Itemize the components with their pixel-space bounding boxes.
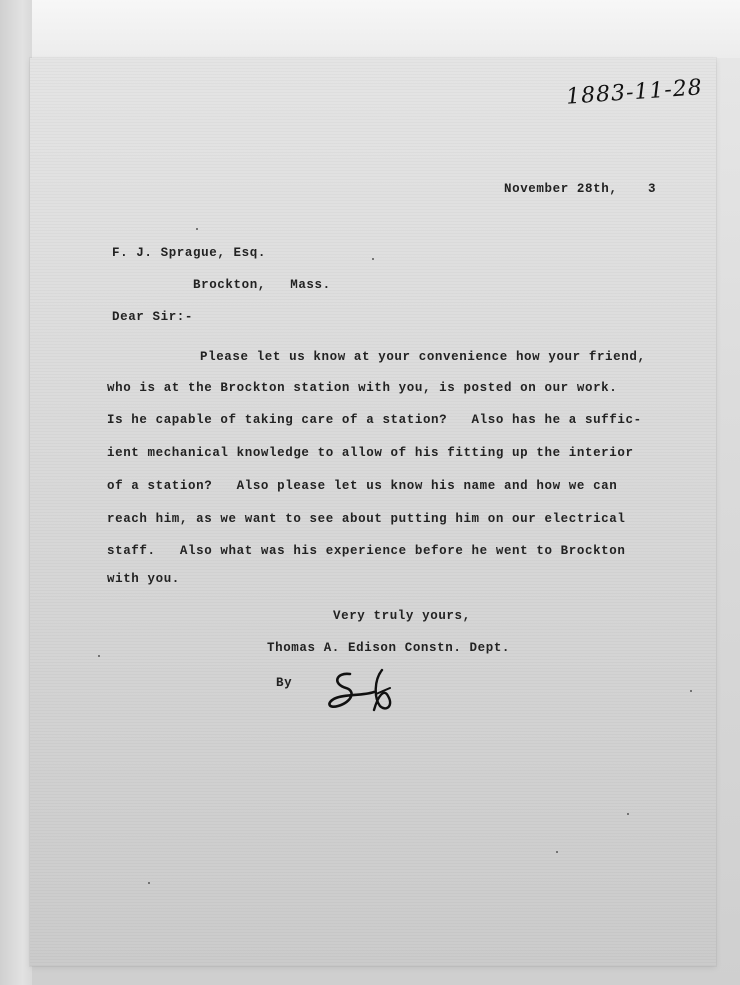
scan-speck bbox=[690, 690, 692, 692]
handwritten-signature bbox=[322, 666, 412, 716]
scan-speck bbox=[196, 228, 198, 230]
salutation: Dear Sir:- bbox=[112, 310, 193, 324]
page-number: 3 bbox=[648, 182, 656, 196]
body-line: ient mechanical knowledge to allow of hi… bbox=[107, 446, 634, 460]
body-line: of a station? Also please let us know hi… bbox=[107, 479, 617, 493]
body-line: Is he capable of taking care of a statio… bbox=[107, 413, 642, 427]
scan-speck bbox=[98, 655, 100, 657]
scan-speck bbox=[627, 813, 629, 815]
signatory: Thomas A. Edison Constn. Dept. bbox=[267, 641, 510, 655]
scan-speck bbox=[148, 882, 150, 884]
recipient-name: F. J. Sprague, Esq. bbox=[112, 246, 266, 260]
closing: Very truly yours, bbox=[333, 609, 471, 623]
body-line: with you. bbox=[107, 572, 180, 586]
body-line: staff. Also what was his experience befo… bbox=[107, 544, 625, 558]
body-line: Please let us know at your convenience h… bbox=[200, 350, 646, 364]
scan-speck bbox=[556, 851, 558, 853]
scan-backdrop-top bbox=[0, 0, 740, 58]
scan-speck bbox=[372, 258, 374, 260]
by-label: By bbox=[276, 676, 292, 690]
scan-backdrop-left bbox=[0, 0, 32, 985]
body-line: who is at the Brockton station with you,… bbox=[107, 381, 617, 395]
body-line: reach him, as we want to see about putti… bbox=[107, 512, 625, 526]
recipient-location: Brockton, Mass. bbox=[193, 278, 331, 292]
letter-date: November 28th, bbox=[504, 182, 617, 196]
